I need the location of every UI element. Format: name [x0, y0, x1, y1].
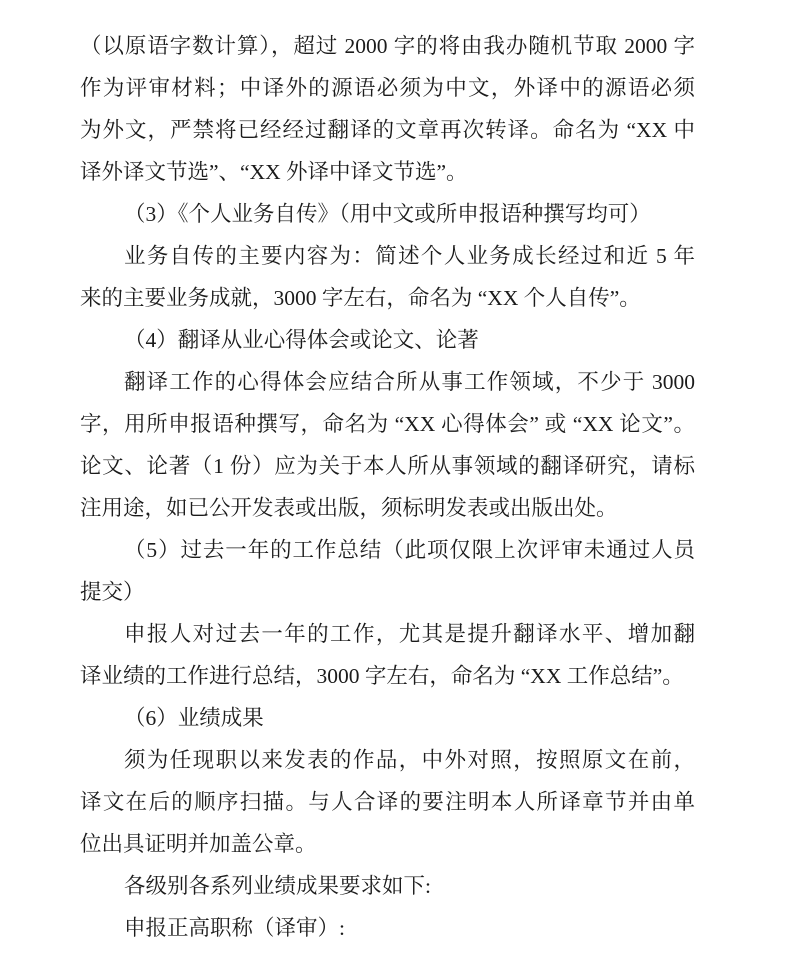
text-line: （以原语字数计算），超过 2000 字的将由我办随机节取 2000 字: [80, 25, 695, 67]
text-line: 各级别各系列业绩成果要求如下:: [80, 865, 695, 907]
text-line: （6）业绩成果: [80, 697, 695, 739]
text-line: （3）《个人业务自传》（用中文或所申报语种撰写均可）: [80, 193, 695, 235]
text-line: 翻译工作的心得体会应结合所从事工作领域，不少于 3000: [80, 361, 695, 403]
text-line: 申报正高职称（译审）:: [80, 907, 695, 949]
text-line: 作为评审材料；中译外的源语必须为中文，外译中的源语必须: [80, 67, 695, 109]
text-line: 译外译文节选”、“XX 外译中译文节选”。: [80, 151, 695, 193]
text-line: 申报人对过去一年的工作，尤其是提升翻译水平、增加翻: [80, 613, 695, 655]
text-line: 译文在后的顺序扫描。与人合译的要注明本人所译章节并由单: [80, 781, 695, 823]
text-line: 位出具证明并加盖公章。: [80, 823, 695, 865]
text-line: 须为任现职以来发表的作品，中外对照，按照原文在前，: [80, 739, 695, 781]
text-line: 提交）: [80, 571, 695, 613]
text-line: 为外文，严禁将已经经过翻译的文章再次转译。命名为 “XX 中: [80, 109, 695, 151]
text-line: （4）翻译从业心得体会或论文、论著: [80, 319, 695, 361]
document-page: （以原语字数计算），超过 2000 字的将由我办随机节取 2000 字作为评审材…: [0, 0, 800, 957]
text-line: 业务自传的主要内容为：简述个人业务成长经过和近 5 年: [80, 235, 695, 277]
text-line: 译业绩的工作进行总结，3000 字左右，命名为 “XX 工作总结”。: [80, 655, 695, 697]
text-line: 论文、论著（1 份）应为关于本人所从事领域的翻译研究，请标: [80, 445, 695, 487]
text-line: 注用途，如已公开发表或出版，须标明发表或出版出处。: [80, 487, 695, 529]
text-line: 字，用所申报语种撰写，命名为 “XX 心得体会” 或 “XX 论文”。: [80, 403, 695, 445]
text-line: （5）过去一年的工作总结（此项仅限上次评审未通过人员: [80, 529, 695, 571]
text-line: 来的主要业务成就，3000 字左右，命名为 “XX 个人自传”。: [80, 277, 695, 319]
document-text-block: （以原语字数计算），超过 2000 字的将由我办随机节取 2000 字作为评审材…: [80, 25, 695, 949]
